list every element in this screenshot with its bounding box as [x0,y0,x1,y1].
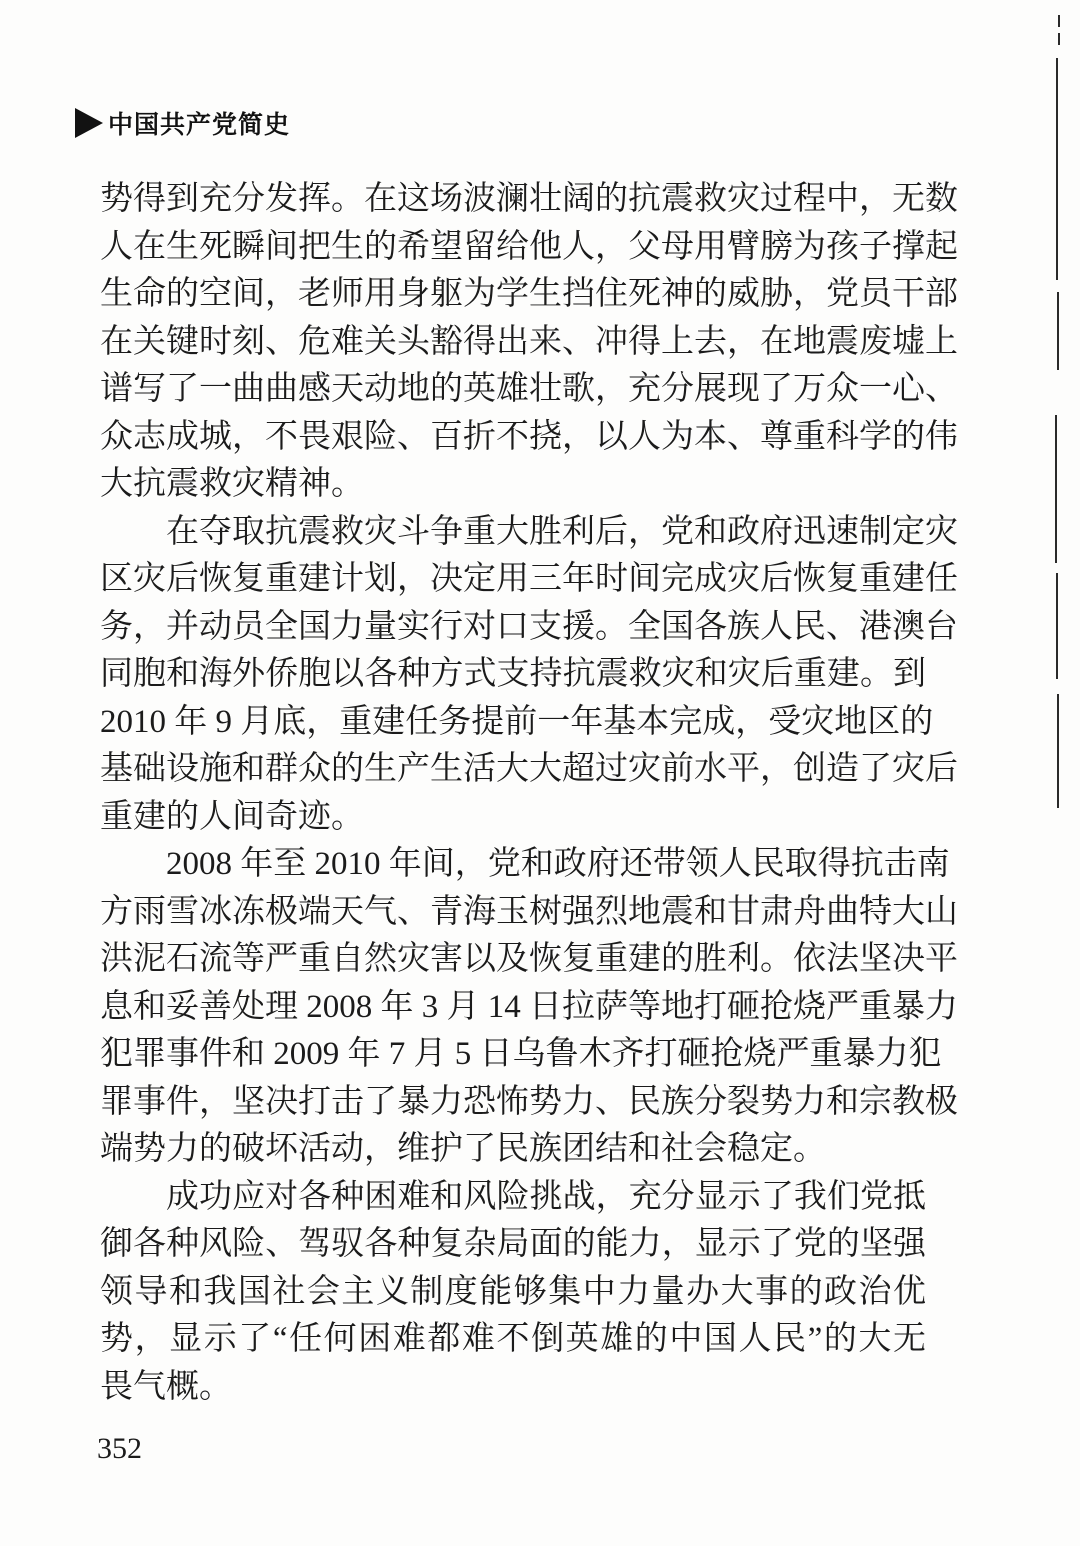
book-title: 中国共产党简史 [108,105,290,141]
scan-artifact-line [1056,573,1058,679]
scan-artifact-line [1058,15,1060,27]
text-line: 谱写了一曲曲感天动地的英雄壮歌，充分展现了万众一心、 [100,366,926,414]
scan-artifact-line [1058,33,1060,45]
text-line: 生命的空间，老师用身躯为学生挡住死神的威胁，党员干部 [100,271,926,319]
text-line: 区灾后恢复重建计划，决定用三年时间完成灾后恢复重建任 [100,556,926,604]
scan-artifact-line [1057,694,1059,808]
running-header: 中国共产党简史 [75,106,290,140]
text-line: 在关键时刻、危难关头豁得出来、冲得上去，在地震废墟上 [100,319,926,367]
page-number: 352 [97,1434,142,1464]
book-page: 中国共产党简史 势得到充分发挥。在这场波澜壮阔的抗震救灾过程中，无数 人在生死瞬… [0,0,1080,1546]
scan-artifact-line [1057,292,1059,370]
text-line: 2008 年至 2010 年间，党和政府还带领人民取得抗击南 [100,841,926,889]
text-line: 重建的人间奇迹。 [100,794,926,842]
text-line: 同胞和海外侨胞以各种方式支持抗震救灾和灾后重建。到 [100,651,926,699]
text-line: 息和妥善处理 2008 年 3 月 14 日拉萨等地打砸抢烧严重暴力 [100,984,926,1032]
text-line: 洪泥石流等严重自然灾害以及恢复重建的胜利。依法坚决平 [100,936,926,984]
right-triangle-icon [75,108,103,138]
text-line: 犯罪事件和 2009 年 7 月 5 日乌鲁木齐打砸抢烧严重暴力犯 [100,1031,926,1079]
text-line: 畏气概。 [100,1364,926,1412]
text-line: 罪事件，坚决打击了暴力恐怖势力、民族分裂势力和宗教极 [100,1079,926,1127]
text-line: 基础设施和群众的生产生活大大超过灾前水平，创造了灾后 [100,746,926,794]
text-line: 势得到充分发挥。在这场波澜壮阔的抗震救灾过程中，无数 [100,176,926,224]
scan-artifact-line [1055,415,1057,563]
text-line: 人在生死瞬间把生的希望留给他人，父母用臂膀为孩子撑起 [100,224,926,272]
scan-artifact-line [1056,58,1058,280]
text-line: 众志成城，不畏艰险、百折不挠，以人为本、尊重科学的伟 [100,414,926,462]
text-line: 成功应对各种困难和风险挑战，充分显示了我们党抵 [100,1174,926,1222]
text-line: 在夺取抗震救灾斗争重大胜利后，党和政府迅速制定灾 [100,509,926,557]
text-line: 大抗震救灾精神。 [100,461,926,509]
text-line: 御各种风险、驾驭各种复杂局面的能力，显示了党的坚强 [100,1221,926,1269]
text-line: 务，并动员全国力量实行对口支援。全国各族人民、港澳台 [100,604,926,652]
body-text: 势得到充分发挥。在这场波澜壮阔的抗震救灾过程中，无数 人在生死瞬间把生的希望留给… [100,176,926,1411]
text-line: 领导和我国社会主义制度能够集中力量办大事的政治优 [100,1269,926,1317]
text-line: 端势力的破坏活动，维护了民族团结和社会稳定。 [100,1126,926,1174]
text-line: 2010 年 9 月底，重建任务提前一年基本完成，受灾地区的 [100,699,926,747]
text-line: 方雨雪冰冻极端天气、青海玉树强烈地震和甘肃舟曲特大山 [100,889,926,937]
text-line: 势，显示了“任何困难都难不倒英雄的中国人民”的大无 [100,1316,926,1364]
